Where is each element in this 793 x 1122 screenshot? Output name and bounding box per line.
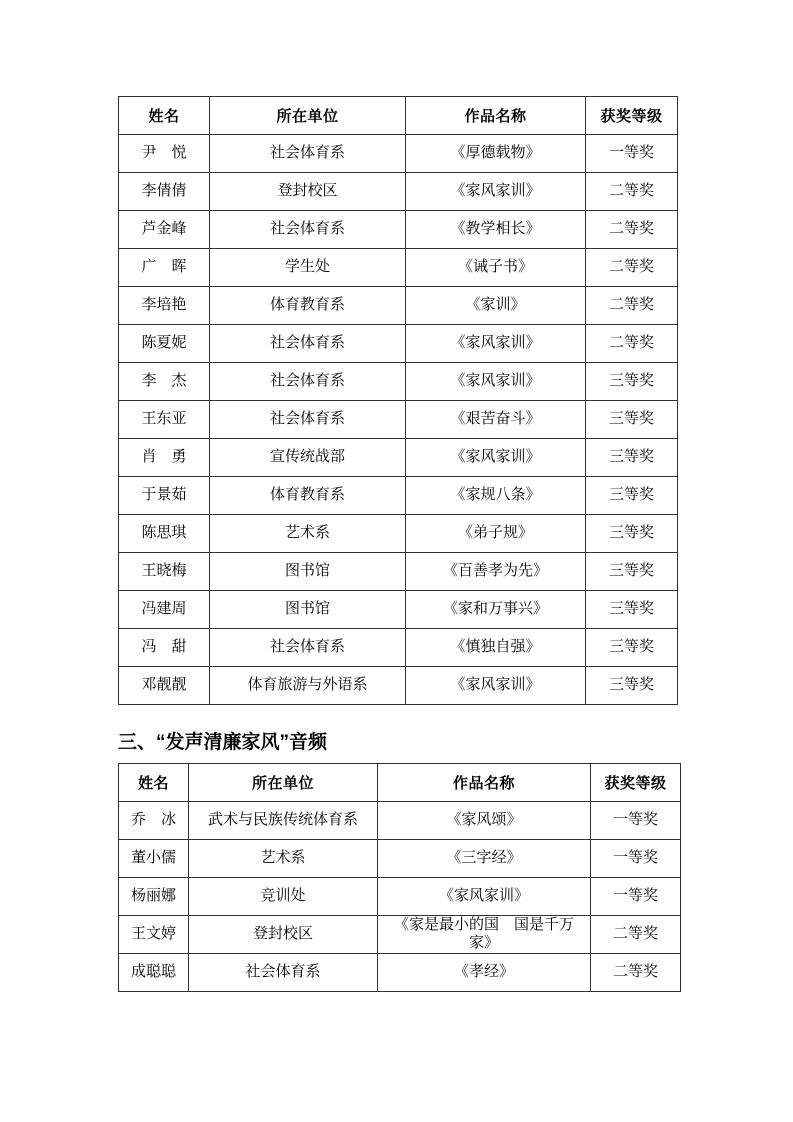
table-row: 王晓梅图书馆《百善孝为先》三等奖 xyxy=(119,553,678,591)
table-row: 于景茹体育教育系《家规八条》三等奖 xyxy=(119,477,678,515)
unit-cell: 体育旅游与外语系 xyxy=(210,667,406,705)
award-level-cell: 三等奖 xyxy=(586,553,678,591)
unit-cell: 艺术系 xyxy=(210,515,406,553)
column-header: 作品名称 xyxy=(378,764,591,802)
name-cell: 冯建周 xyxy=(119,591,210,629)
award-level-cell: 三等奖 xyxy=(586,515,678,553)
name-cell: 董小儒 xyxy=(119,840,189,878)
table-row: 李倩倩登封校区《家风家训》二等奖 xyxy=(119,173,678,211)
table-row: 冯 甜社会体育系《慎独自强》三等奖 xyxy=(119,629,678,667)
awards-table-audio: 姓名所在单位作品名称获奖等级 乔 冰武术与民族传统体育系《家风颂》一等奖董小儒艺… xyxy=(118,763,681,992)
award-level-cell: 二等奖 xyxy=(591,954,681,992)
column-header: 所在单位 xyxy=(189,764,378,802)
table-row: 王东亚社会体育系《艰苦奋斗》三等奖 xyxy=(119,401,678,439)
table-row: 杨丽娜竞训处《家风家训》一等奖 xyxy=(119,878,681,916)
work-title-cell: 《弟子规》 xyxy=(406,515,586,553)
award-level-cell: 二等奖 xyxy=(591,916,681,954)
work-title-cell: 《家规八条》 xyxy=(406,477,586,515)
work-title-cell: 《家风家训》 xyxy=(406,363,586,401)
name-cell: 乔 冰 xyxy=(119,802,189,840)
header-row: 姓名所在单位作品名称获奖等级 xyxy=(119,764,681,802)
award-level-cell: 三等奖 xyxy=(586,591,678,629)
unit-cell: 社会体育系 xyxy=(210,325,406,363)
award-level-cell: 三等奖 xyxy=(586,667,678,705)
name-cell: 王晓梅 xyxy=(119,553,210,591)
award-level-cell: 一等奖 xyxy=(591,878,681,916)
unit-cell: 体育教育系 xyxy=(210,287,406,325)
name-cell: 于景茹 xyxy=(119,477,210,515)
work-title-cell: 《教学相长》 xyxy=(406,211,586,249)
work-title-cell: 《家风家训》 xyxy=(406,667,586,705)
work-title-cell: 《家风家训》 xyxy=(406,439,586,477)
unit-cell: 武术与民族传统体育系 xyxy=(189,802,378,840)
unit-cell: 社会体育系 xyxy=(210,401,406,439)
name-cell: 杨丽娜 xyxy=(119,878,189,916)
table-row: 李培艳体育教育系《家训》二等奖 xyxy=(119,287,678,325)
name-cell: 广 晖 xyxy=(119,249,210,287)
name-cell: 李培艳 xyxy=(119,287,210,325)
work-title-cell: 《慎独自强》 xyxy=(406,629,586,667)
award-level-cell: 二等奖 xyxy=(586,325,678,363)
column-header: 姓名 xyxy=(119,764,189,802)
name-cell: 李倩倩 xyxy=(119,173,210,211)
award-level-cell: 三等奖 xyxy=(586,363,678,401)
table-row: 陈思琪艺术系《弟子规》三等奖 xyxy=(119,515,678,553)
name-cell: 王文婷 xyxy=(119,916,189,954)
work-title-cell: 《家风颂》 xyxy=(378,802,591,840)
award-level-cell: 三等奖 xyxy=(586,477,678,515)
work-title-cell: 《诫子书》 xyxy=(406,249,586,287)
table-row: 成聪聪社会体育系《孝经》二等奖 xyxy=(119,954,681,992)
award-level-cell: 二等奖 xyxy=(586,287,678,325)
table-row: 芦金峰社会体育系《教学相长》二等奖 xyxy=(119,211,678,249)
award-level-cell: 三等奖 xyxy=(586,401,678,439)
unit-cell: 登封校区 xyxy=(189,916,378,954)
table-row: 陈夏妮社会体育系《家风家训》二等奖 xyxy=(119,325,678,363)
unit-cell: 学生处 xyxy=(210,249,406,287)
section-heading: 三、“发声清廉家风”音频 xyxy=(118,732,327,755)
name-cell: 邓靓靓 xyxy=(119,667,210,705)
work-title-cell: 《家和万事兴》 xyxy=(406,591,586,629)
award-level-cell: 二等奖 xyxy=(586,249,678,287)
name-cell: 陈夏妮 xyxy=(119,325,210,363)
table-header: 姓名所在单位作品名称获奖等级 xyxy=(119,764,681,802)
work-title-cell: 《百善孝为先》 xyxy=(406,553,586,591)
award-level-cell: 二等奖 xyxy=(586,173,678,211)
table-row: 冯建周图书馆《家和万事兴》三等奖 xyxy=(119,591,678,629)
awards-table-upper: 姓名所在单位作品名称获奖等级 尹 悦社会体育系《厚德载物》一等奖李倩倩登封校区《… xyxy=(118,96,678,705)
award-level-cell: 三等奖 xyxy=(586,439,678,477)
unit-cell: 体育教育系 xyxy=(210,477,406,515)
unit-cell: 社会体育系 xyxy=(210,135,406,173)
name-cell: 芦金峰 xyxy=(119,211,210,249)
award-level-cell: 一等奖 xyxy=(591,840,681,878)
unit-cell: 社会体育系 xyxy=(210,629,406,667)
header-row: 姓名所在单位作品名称获奖等级 xyxy=(119,97,678,135)
table-header: 姓名所在单位作品名称获奖等级 xyxy=(119,97,678,135)
work-title-cell: 《家训》 xyxy=(406,287,586,325)
work-title-cell: 《家风家训》 xyxy=(378,878,591,916)
table-body: 尹 悦社会体育系《厚德载物》一等奖李倩倩登封校区《家风家训》二等奖芦金峰社会体育… xyxy=(119,135,678,705)
table-row: 邓靓靓体育旅游与外语系《家风家训》三等奖 xyxy=(119,667,678,705)
unit-cell: 竞训处 xyxy=(189,878,378,916)
table-row: 尹 悦社会体育系《厚德载物》一等奖 xyxy=(119,135,678,173)
work-title-cell: 《厚德载物》 xyxy=(406,135,586,173)
unit-cell: 登封校区 xyxy=(210,173,406,211)
unit-cell: 宣传统战部 xyxy=(210,439,406,477)
table-row: 李 杰社会体育系《家风家训》三等奖 xyxy=(119,363,678,401)
award-level-cell: 三等奖 xyxy=(586,629,678,667)
award-level-cell: 一等奖 xyxy=(586,135,678,173)
column-header: 获奖等级 xyxy=(586,97,678,135)
work-title-cell: 《孝经》 xyxy=(378,954,591,992)
table-row: 乔 冰武术与民族传统体育系《家风颂》一等奖 xyxy=(119,802,681,840)
table-row: 董小儒艺术系《三字经》一等奖 xyxy=(119,840,681,878)
table-row: 肖 勇宣传统战部《家风家训》三等奖 xyxy=(119,439,678,477)
unit-cell: 社会体育系 xyxy=(210,211,406,249)
name-cell: 尹 悦 xyxy=(119,135,210,173)
name-cell: 冯 甜 xyxy=(119,629,210,667)
name-cell: 肖 勇 xyxy=(119,439,210,477)
table-body: 乔 冰武术与民族传统体育系《家风颂》一等奖董小儒艺术系《三字经》一等奖杨丽娜竞训… xyxy=(119,802,681,992)
name-cell: 成聪聪 xyxy=(119,954,189,992)
award-level-cell: 二等奖 xyxy=(586,211,678,249)
table-row: 广 晖学生处《诫子书》二等奖 xyxy=(119,249,678,287)
unit-cell: 艺术系 xyxy=(189,840,378,878)
name-cell: 王东亚 xyxy=(119,401,210,439)
unit-cell: 图书馆 xyxy=(210,553,406,591)
work-title-cell: 《家是最小的国 国是千万 家》 xyxy=(378,916,591,954)
document-page: 姓名所在单位作品名称获奖等级 尹 悦社会体育系《厚德载物》一等奖李倩倩登封校区《… xyxy=(0,0,793,1122)
table-row: 王文婷登封校区《家是最小的国 国是千万 家》二等奖 xyxy=(119,916,681,954)
name-cell: 陈思琪 xyxy=(119,515,210,553)
column-header: 姓名 xyxy=(119,97,210,135)
work-title-cell: 《家风家训》 xyxy=(406,173,586,211)
unit-cell: 社会体育系 xyxy=(210,363,406,401)
award-level-cell: 一等奖 xyxy=(591,802,681,840)
column-header: 作品名称 xyxy=(406,97,586,135)
work-title-cell: 《家风家训》 xyxy=(406,325,586,363)
unit-cell: 社会体育系 xyxy=(189,954,378,992)
column-header: 所在单位 xyxy=(210,97,406,135)
name-cell: 李 杰 xyxy=(119,363,210,401)
work-title-cell: 《三字经》 xyxy=(378,840,591,878)
work-title-cell: 《艰苦奋斗》 xyxy=(406,401,586,439)
unit-cell: 图书馆 xyxy=(210,591,406,629)
column-header: 获奖等级 xyxy=(591,764,681,802)
